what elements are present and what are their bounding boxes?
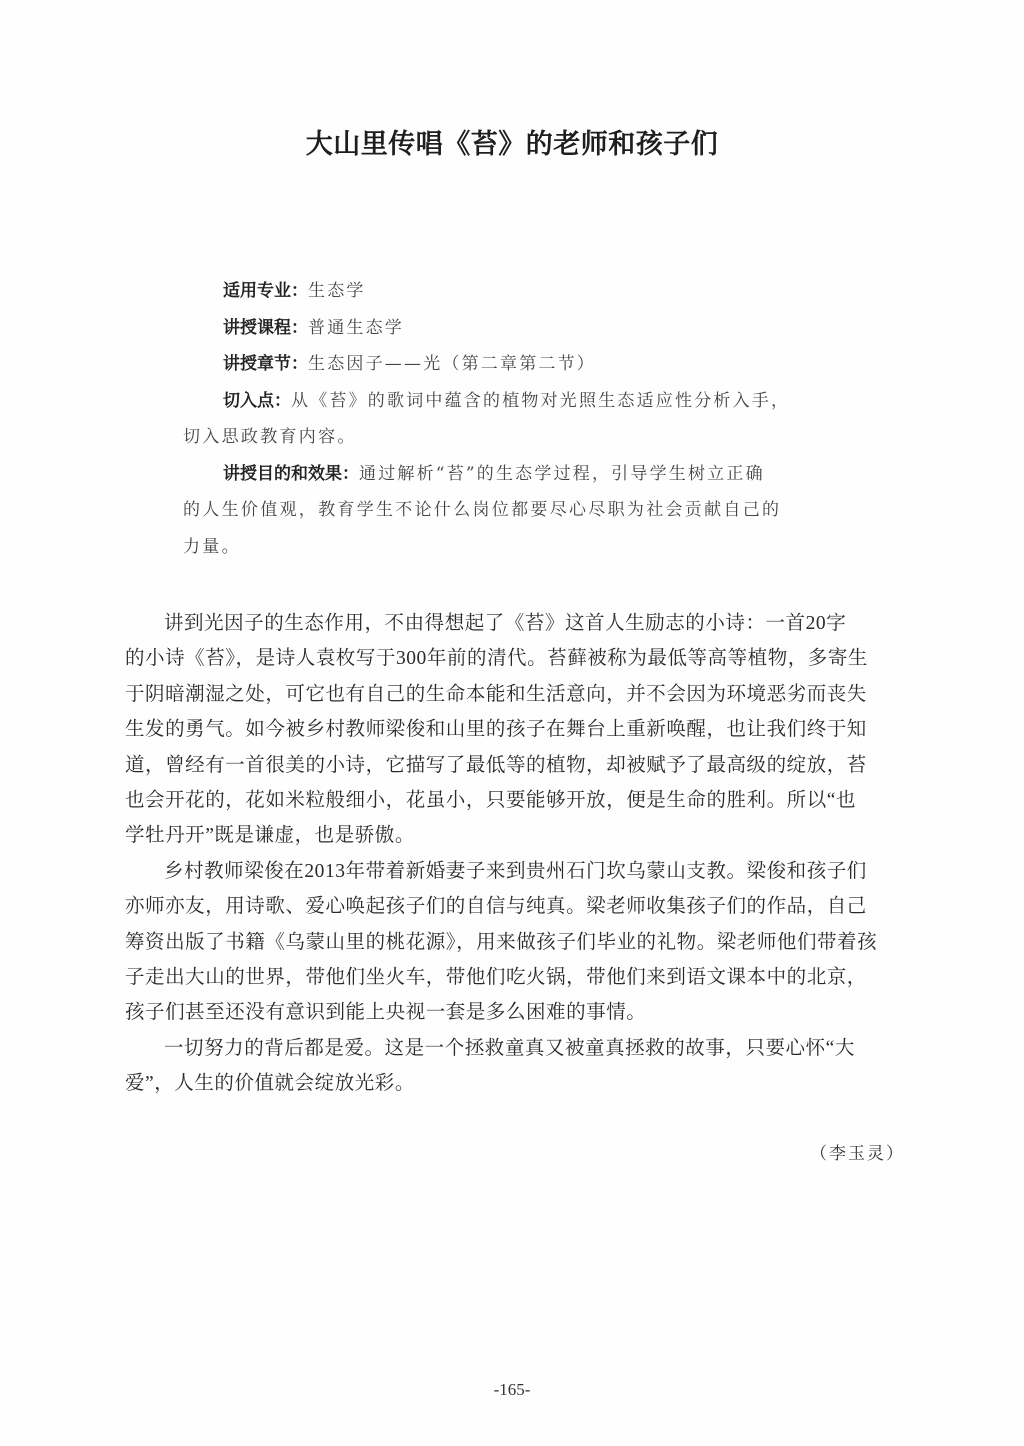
- info-value: 通过解析“苔”的生态学过程，引导学生树立正确: [359, 464, 765, 484]
- info-label: 讲授课程：: [223, 318, 308, 338]
- page-number: -165-: [0, 1380, 1024, 1400]
- info-chapter: 讲授章节：生态因子——光（第二章第二节）: [183, 346, 863, 383]
- text-line: 一切努力的背后都是爱。这是一个拯救童真又被童真拯救的故事，只要心怀“大: [125, 1031, 917, 1066]
- text-line: 道，曾经有一首很美的小诗，它描写了最低等的植物，却被赋予了最高级的绽放，苔: [125, 748, 917, 783]
- author-signature: （李玉灵）: [810, 1139, 905, 1164]
- page-title: 大山里传唱《苔》的老师和孩子们: [0, 122, 1024, 161]
- info-label: 讲授目的和效果：: [223, 464, 359, 484]
- text-line: 于阴暗潮湿之处，可它也有自己的生命本能和生活意向，并不会因为环境恶劣而丧失: [125, 677, 917, 712]
- text-line: 孩子们甚至还没有意识到能上央视一套是多么困难的事情。: [125, 995, 917, 1030]
- text-line: 亦师亦友，用诗歌、爱心唤起孩子们的自信与纯真。梁老师收集孩子们的作品，自己: [125, 889, 917, 924]
- text-line: 学牡丹开”既是谦虚，也是骄傲。: [125, 818, 917, 853]
- info-value: 普通生态学: [308, 318, 404, 338]
- info-value: 从《苔》的歌词中蕴含的植物对光照生态适应性分析入手，: [291, 391, 790, 411]
- text-line: 筹资出版了书籍《乌蒙山里的桃花源》，用来做孩子们毕业的礼物。梁老师他们带着孩: [125, 925, 917, 960]
- info-major: 适用专业：生态学: [183, 273, 863, 310]
- text-line: 乡村教师梁俊在2013年带着新婚妻子来到贵州石门坎乌蒙山支教。梁俊和孩子们: [125, 854, 917, 889]
- course-info-block: 适用专业：生态学 讲授课程：普通生态学 讲授章节：生态因子——光（第二章第二节）…: [183, 273, 863, 565]
- paragraph-3: 一切努力的背后都是爱。这是一个拯救童真又被童真拯救的故事，只要心怀“大 爱”，人…: [125, 1031, 917, 1102]
- info-goal: 讲授目的和效果：通过解析“苔”的生态学过程，引导学生树立正确: [183, 456, 863, 493]
- info-value: 生态学: [308, 281, 366, 301]
- info-label: 适用专业：: [223, 281, 308, 301]
- info-goal-cont: 的人生价值观，教育学生不论什么岗位都要尽心尽职为社会贡献自己的: [183, 492, 863, 529]
- info-goal-cont: 力量。: [183, 529, 863, 566]
- info-entry-point: 切入点：从《苔》的歌词中蕴含的植物对光照生态适应性分析入手，: [183, 383, 863, 420]
- info-course: 讲授课程：普通生态学: [183, 310, 863, 347]
- info-label: 讲授章节：: [223, 354, 308, 374]
- text-line: 子走出大山的世界，带他们坐火车，带他们吃火锅，带他们来到语文课本中的北京，: [125, 960, 917, 995]
- paragraph-1: 讲到光因子的生态作用，不由得想起了《苔》这首人生励志的小诗：一首20字 的小诗《…: [125, 606, 917, 854]
- info-entry-point-cont: 切入思政教育内容。: [183, 419, 863, 456]
- text-line: 的小诗《苔》，是诗人袁枚写于300年前的清代。苔藓被称为最低等高等植物，多寄生: [125, 641, 917, 676]
- info-value: 生态因子——光（第二章第二节）: [308, 354, 596, 374]
- paragraph-2: 乡村教师梁俊在2013年带着新婚妻子来到贵州石门坎乌蒙山支教。梁俊和孩子们 亦师…: [125, 854, 917, 1031]
- text-line: 讲到光因子的生态作用，不由得想起了《苔》这首人生励志的小诗：一首20字: [125, 606, 917, 641]
- article-body: 讲到光因子的生态作用，不由得想起了《苔》这首人生励志的小诗：一首20字 的小诗《…: [125, 606, 917, 1102]
- text-line: 也会开花的，花如米粒般细小，花虽小，只要能够开放，便是生命的胜利。所以“也: [125, 783, 917, 818]
- text-line: 生发的勇气。如今被乡村教师梁俊和山里的孩子在舞台上重新唤醒，也让我们终于知: [125, 712, 917, 747]
- info-label: 切入点：: [223, 391, 291, 411]
- text-line: 爱”，人生的价值就会绽放光彩。: [125, 1066, 917, 1101]
